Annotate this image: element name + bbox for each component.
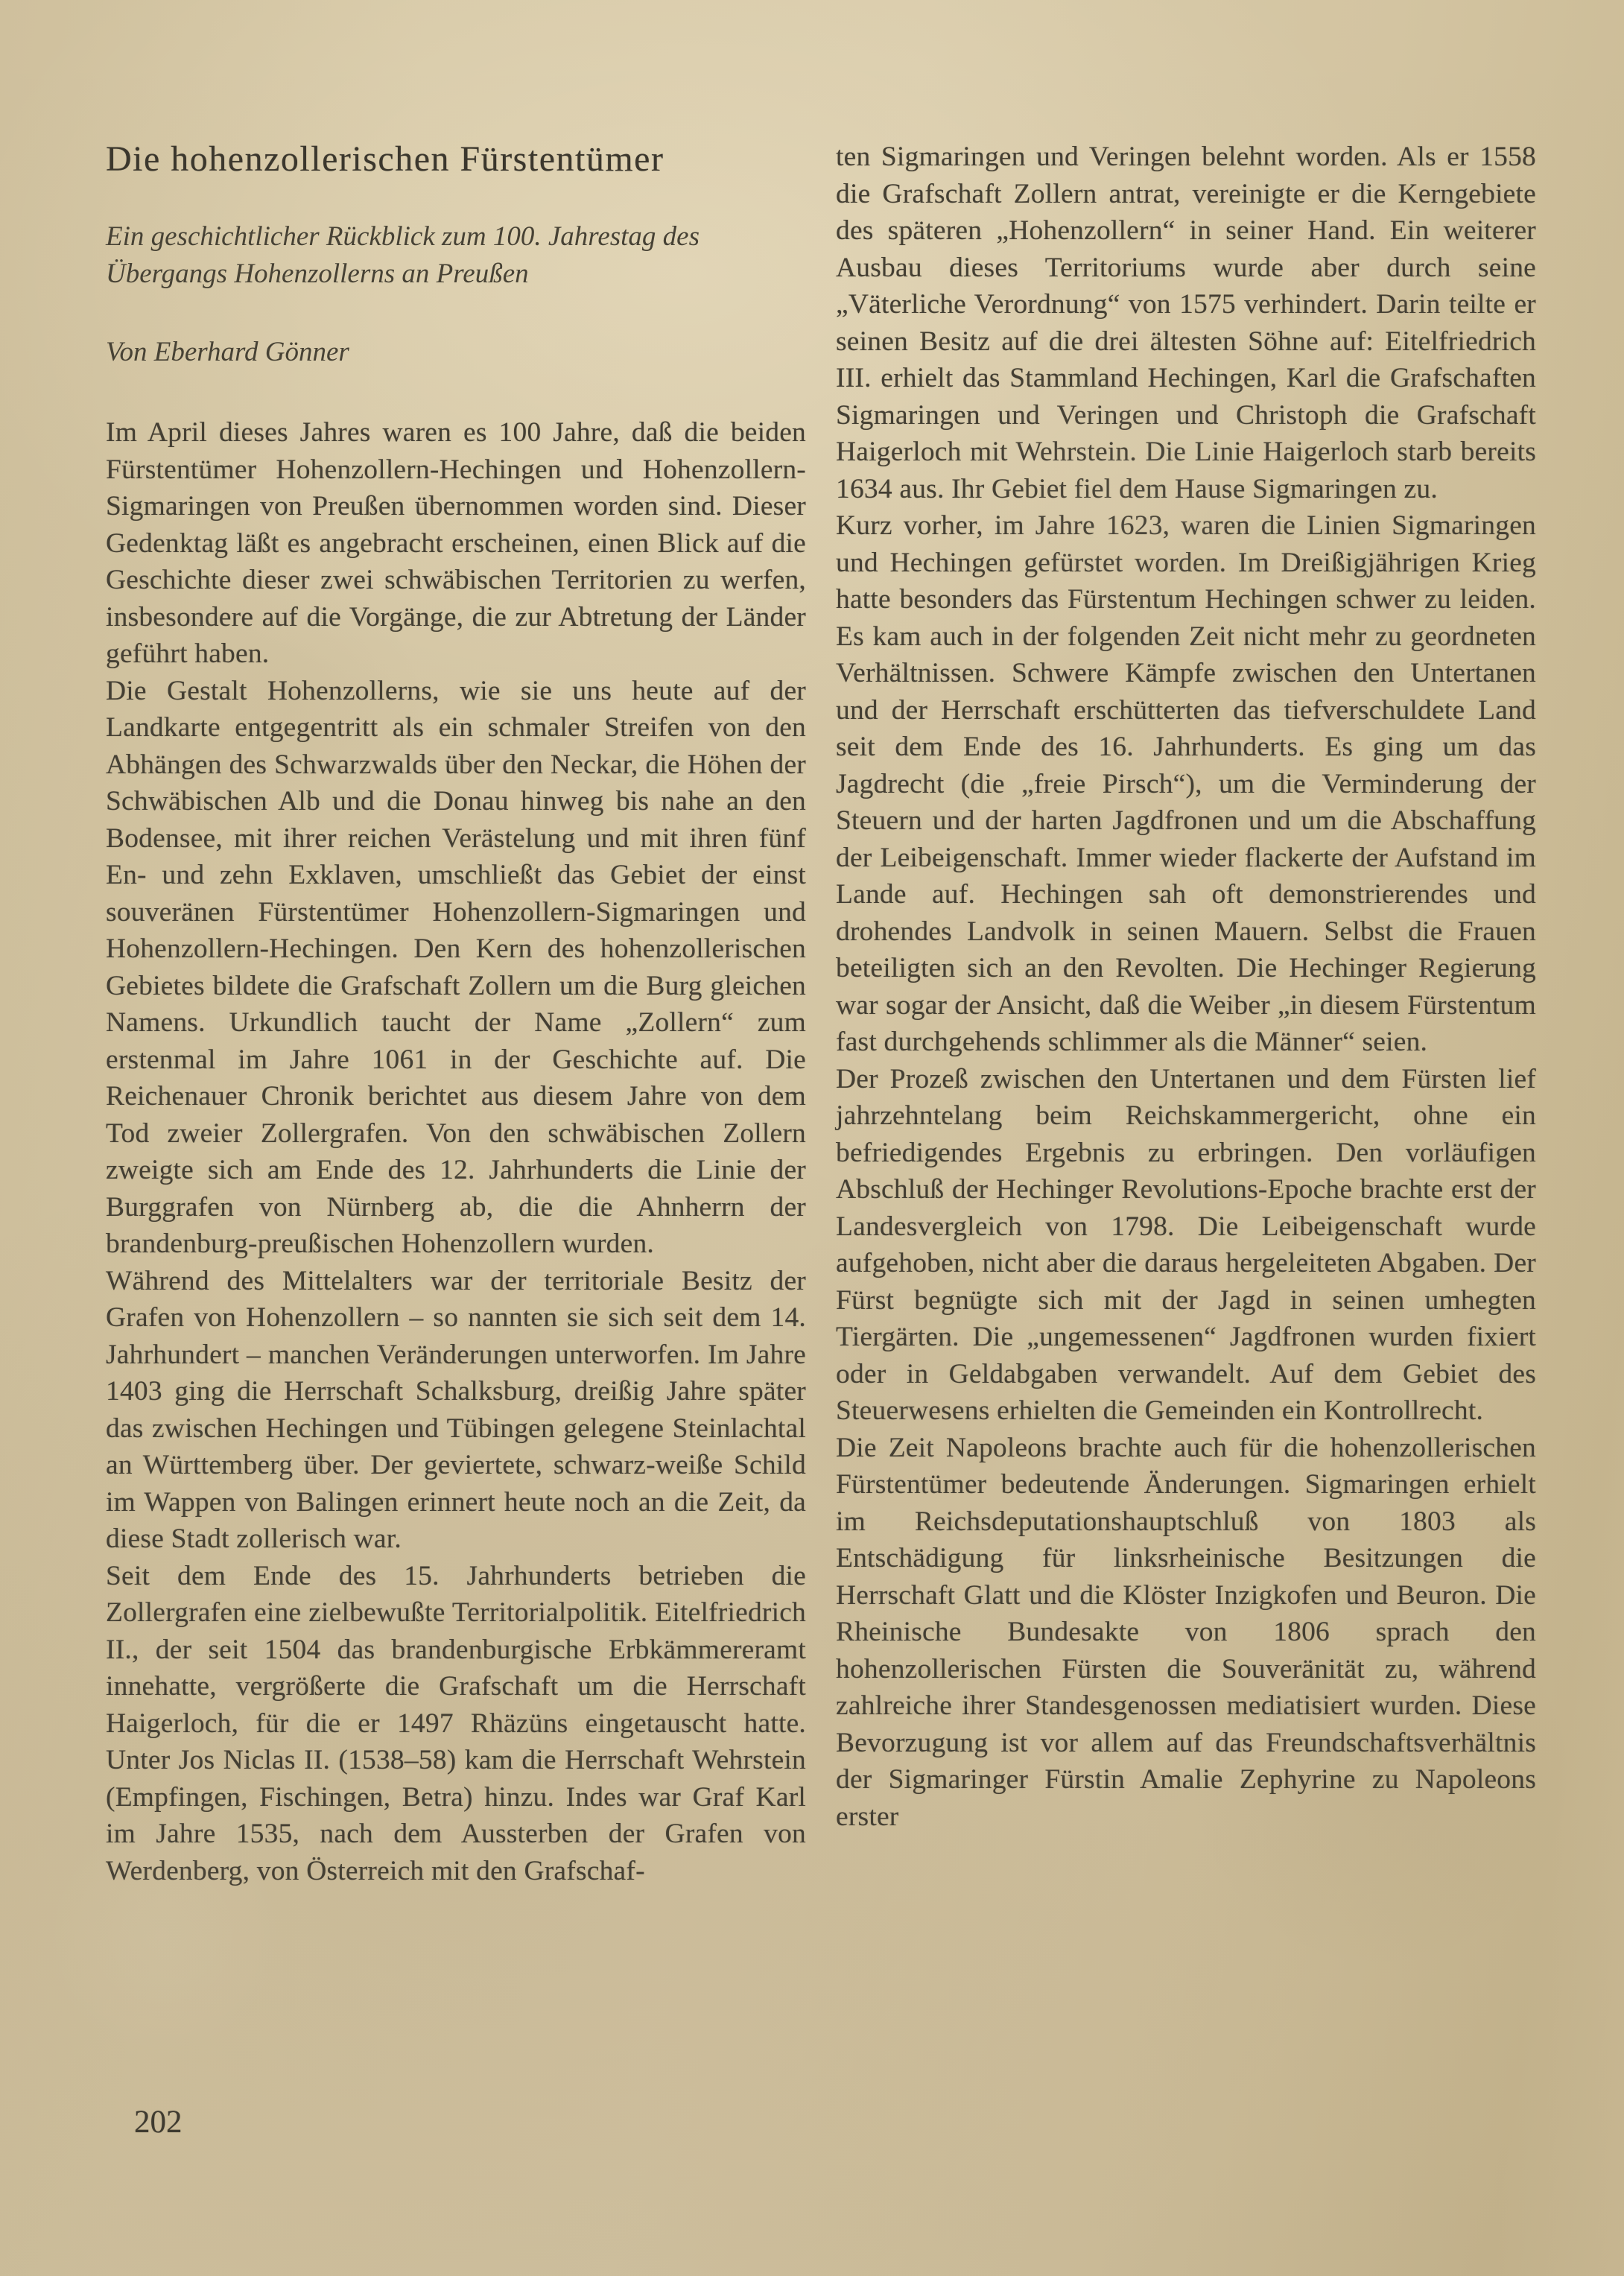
page-number: 202 xyxy=(134,2104,183,2140)
body-paragraph: Während des Mittelalters war der territo… xyxy=(106,1263,806,1558)
body-paragraph: ten Sigmaringen und Veringen belehnt wor… xyxy=(836,139,1536,507)
article-subtitle: Ein geschichtlicher Rückblick zum 100. J… xyxy=(106,218,806,293)
body-paragraph: Die Gestalt Hohenzollerns, wie sie uns h… xyxy=(106,673,806,1263)
article-title: Die hohenzollerischen Fürstentümer xyxy=(106,139,806,180)
right-column: ten Sigmaringen und Veringen belehnt wor… xyxy=(836,139,1536,1835)
body-paragraph: Im April dieses Jahres waren es 100 Jahr… xyxy=(106,414,806,673)
body-paragraph: Seit dem Ende des 15. Jahrhunderts betri… xyxy=(106,1558,806,1890)
body-paragraph: Der Prozeß zwischen den Untertanen und d… xyxy=(836,1061,1536,1430)
body-paragraph: Die Zeit Napoleons brachte auch für die … xyxy=(836,1430,1536,1836)
scanned-book-page: Die hohenzollerischen Fürstentümer Ein g… xyxy=(0,0,1624,2276)
body-paragraph: Kurz vorher, im Jahre 1623, waren die Li… xyxy=(836,507,1536,1061)
article-byline: Von Eberhard Gönner xyxy=(106,336,806,368)
left-column: Die hohenzollerischen Fürstentümer Ein g… xyxy=(106,139,806,1889)
